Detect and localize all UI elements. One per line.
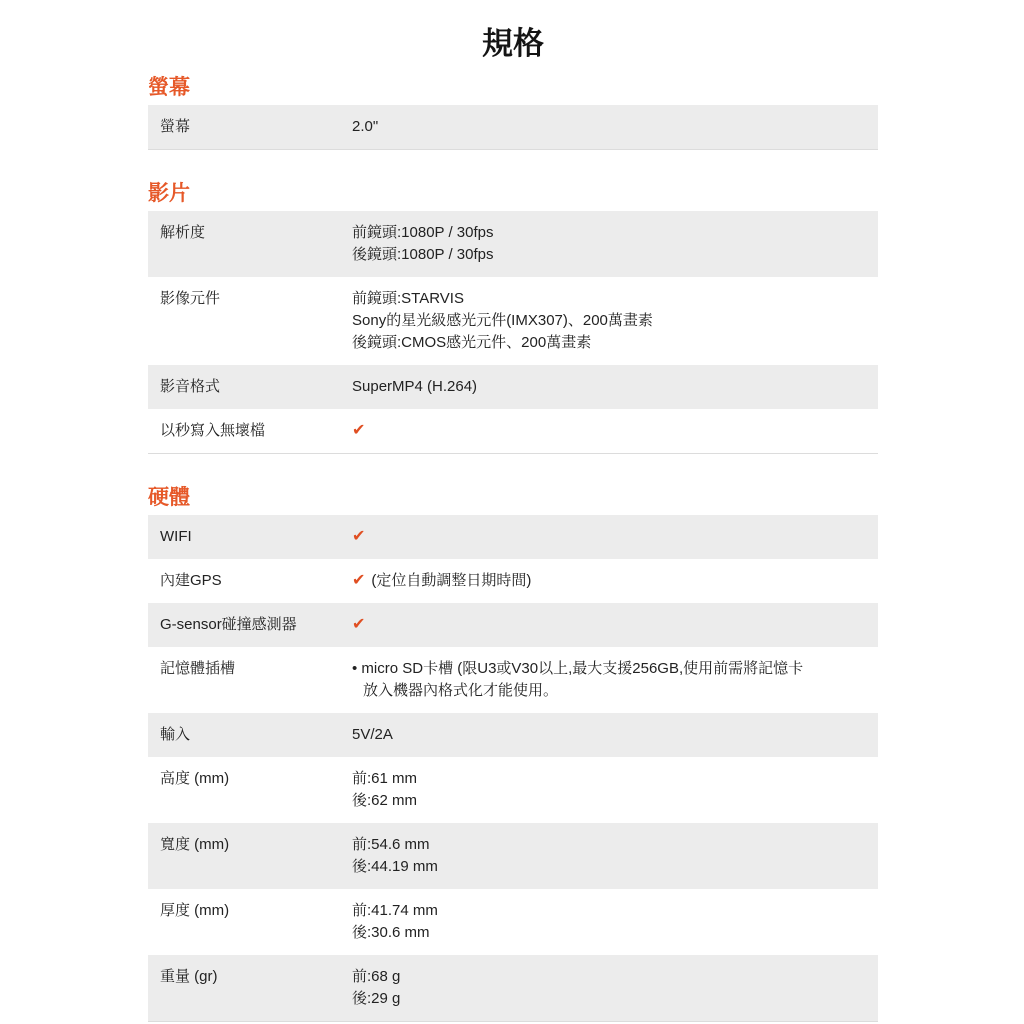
spec-value-line: 後:29 g bbox=[352, 988, 866, 1010]
spec-row: 重量 (gr)前:68 g後:29 g bbox=[148, 955, 878, 1021]
spec-value: 前:54.6 mm後:44.19 mm bbox=[352, 834, 866, 878]
spec-value-line: 2.0" bbox=[352, 116, 866, 138]
spec-label: 輸入 bbox=[160, 724, 352, 746]
spec-label: WIFI bbox=[160, 526, 352, 548]
spec-value: 前鏡頭:STARVISSony的星光級感光元件(IMX307)、200萬畫素後鏡… bbox=[352, 288, 866, 354]
spec-value: ✔ bbox=[352, 614, 866, 636]
spec-value: 2.0" bbox=[352, 116, 866, 138]
spec-row: 厚度 (mm)前:41.74 mm後:30.6 mm bbox=[148, 889, 878, 955]
spec-row: 高度 (mm)前:61 mm後:62 mm bbox=[148, 757, 878, 823]
check-icon: ✔ bbox=[352, 422, 365, 439]
spec-label: 寬度 (mm) bbox=[160, 834, 352, 856]
page-title: 規格 bbox=[148, 26, 878, 62]
spec-value-line: 前鏡頭:1080P / 30fps bbox=[352, 222, 866, 244]
spec-label: 影音格式 bbox=[160, 376, 352, 398]
spec-value: 前:61 mm後:62 mm bbox=[352, 768, 866, 812]
spec-row: WIFI✔ bbox=[148, 515, 878, 559]
check-icon: ✔ bbox=[352, 616, 365, 633]
spec-row: 輸入5V/2A bbox=[148, 713, 878, 757]
spec-label: 以秒寫入無壞檔 bbox=[160, 420, 352, 442]
sections-container: 螢幕螢幕2.0"影片解析度前鏡頭:1080P / 30fps後鏡頭:1080P … bbox=[148, 76, 878, 1022]
spec-label: G-sensor碰撞感測器 bbox=[160, 614, 352, 636]
spec-value-line: 後鏡頭:1080P / 30fps bbox=[352, 244, 866, 266]
spec-value-line: 前:41.74 mm bbox=[352, 900, 866, 922]
spec-value: • micro SD卡槽 (限U3或V30以上,最大支援256GB,使用前需將記… bbox=[352, 658, 866, 702]
spec-row: 螢幕2.0" bbox=[148, 105, 878, 149]
check-note: (定位自動調整日期時間) bbox=[371, 572, 531, 589]
spec-value-line: 放入機器內格式化才能使用。 bbox=[352, 680, 866, 702]
spec-label: 高度 (mm) bbox=[160, 768, 352, 790]
spec-value: 前鏡頭:1080P / 30fps後鏡頭:1080P / 30fps bbox=[352, 222, 866, 266]
spec-row: G-sensor碰撞感測器✔ bbox=[148, 603, 878, 647]
spec-value-line: 前:54.6 mm bbox=[352, 834, 866, 856]
spec-label: 螢幕 bbox=[160, 116, 352, 138]
spec-label: 內建GPS bbox=[160, 570, 352, 592]
spec-value: 前:41.74 mm後:30.6 mm bbox=[352, 900, 866, 944]
spec-label: 重量 (gr) bbox=[160, 966, 352, 988]
spec-label: 厚度 (mm) bbox=[160, 900, 352, 922]
spec-row: 以秒寫入無壞檔✔ bbox=[148, 409, 878, 453]
spec-value-line: • micro SD卡槽 (限U3或V30以上,最大支援256GB,使用前需將記… bbox=[352, 658, 866, 680]
check-icon: ✔ bbox=[352, 572, 365, 589]
spec-row: 影像元件前鏡頭:STARVISSony的星光級感光元件(IMX307)、200萬… bbox=[148, 277, 878, 365]
spec-value: ✔ bbox=[352, 420, 866, 442]
spec-section: 螢幕螢幕2.0" bbox=[148, 76, 878, 150]
spec-value-line: 後:62 mm bbox=[352, 790, 866, 812]
spec-value-line: Sony的星光級感光元件(IMX307)、200萬畫素 bbox=[352, 310, 866, 332]
spec-row: 記憶體插槽• micro SD卡槽 (限U3或V30以上,最大支援256GB,使… bbox=[148, 647, 878, 713]
spec-label: 記憶體插槽 bbox=[160, 658, 352, 680]
spec-value-line: 後:30.6 mm bbox=[352, 922, 866, 944]
spec-value: 5V/2A bbox=[352, 724, 866, 746]
spec-value: ✔ bbox=[352, 526, 866, 548]
spec-label: 影像元件 bbox=[160, 288, 352, 310]
spec-value: 前:68 g後:29 g bbox=[352, 966, 866, 1010]
spec-value: SuperMP4 (H.264) bbox=[352, 376, 866, 398]
spec-section: 影片解析度前鏡頭:1080P / 30fps後鏡頭:1080P / 30fps影… bbox=[148, 182, 878, 454]
spec-row: 內建GPS✔(定位自動調整日期時間) bbox=[148, 559, 878, 603]
spec-table: 解析度前鏡頭:1080P / 30fps後鏡頭:1080P / 30fps影像元… bbox=[148, 211, 878, 454]
check-icon: ✔ bbox=[352, 528, 365, 545]
section-heading: 螢幕 bbox=[148, 76, 878, 100]
section-heading: 硬體 bbox=[148, 486, 878, 510]
spec-value-line: 前:68 g bbox=[352, 966, 866, 988]
spec-value-line: 前鏡頭:STARVIS bbox=[352, 288, 866, 310]
spec-label: 解析度 bbox=[160, 222, 352, 244]
spec-value-line: 前:61 mm bbox=[352, 768, 866, 790]
spec-row: 解析度前鏡頭:1080P / 30fps後鏡頭:1080P / 30fps bbox=[148, 211, 878, 277]
spec-value-line: 後:44.19 mm bbox=[352, 856, 866, 878]
spec-value-line: 後鏡頭:CMOS感光元件、200萬畫素 bbox=[352, 332, 866, 354]
spec-table: WIFI✔內建GPS✔(定位自動調整日期時間)G-sensor碰撞感測器✔記憶體… bbox=[148, 515, 878, 1022]
spec-table: 螢幕2.0" bbox=[148, 105, 878, 150]
spec-value-line: 5V/2A bbox=[352, 724, 866, 746]
spec-row: 寬度 (mm)前:54.6 mm後:44.19 mm bbox=[148, 823, 878, 889]
spec-value-line: SuperMP4 (H.264) bbox=[352, 376, 866, 398]
spec-value: ✔(定位自動調整日期時間) bbox=[352, 570, 866, 592]
spec-page: 規格 螢幕螢幕2.0"影片解析度前鏡頭:1080P / 30fps後鏡頭:108… bbox=[148, 26, 878, 1022]
spec-row: 影音格式SuperMP4 (H.264) bbox=[148, 365, 878, 409]
spec-section: 硬體WIFI✔內建GPS✔(定位自動調整日期時間)G-sensor碰撞感測器✔記… bbox=[148, 486, 878, 1022]
section-heading: 影片 bbox=[148, 182, 878, 206]
